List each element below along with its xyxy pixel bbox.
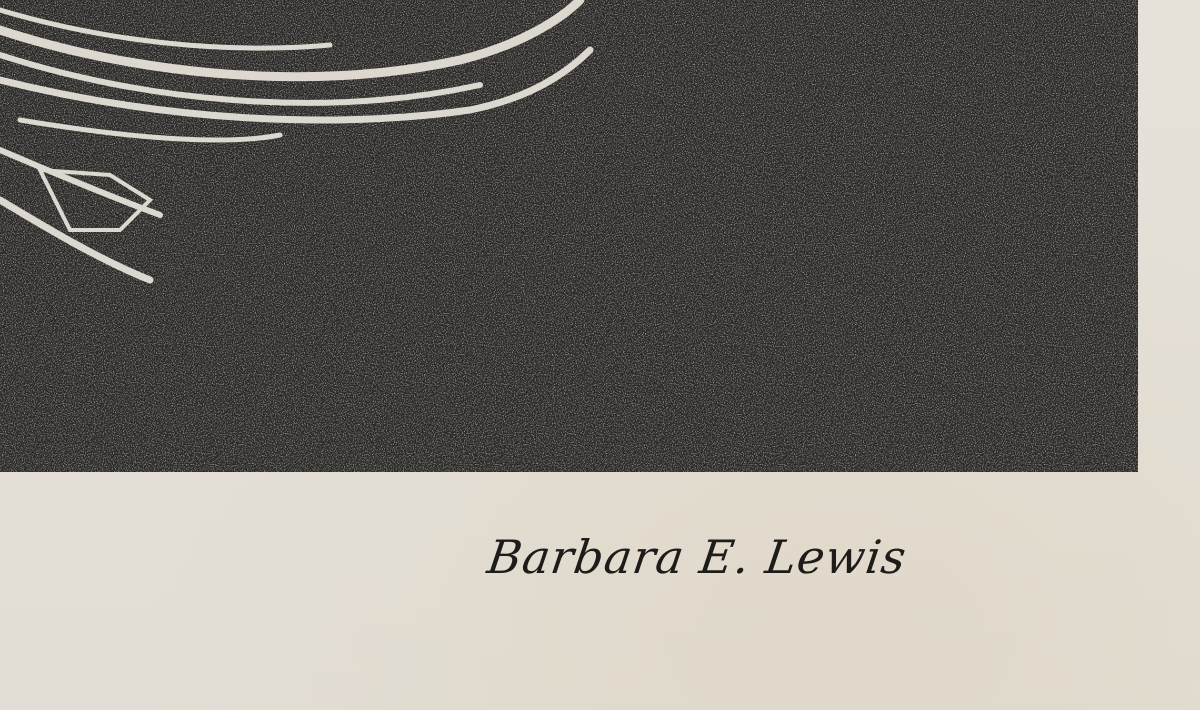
artist-signature: Barbara E. Lewis bbox=[484, 530, 910, 584]
print-image-area bbox=[0, 0, 1138, 472]
print-texture bbox=[0, 0, 1138, 472]
